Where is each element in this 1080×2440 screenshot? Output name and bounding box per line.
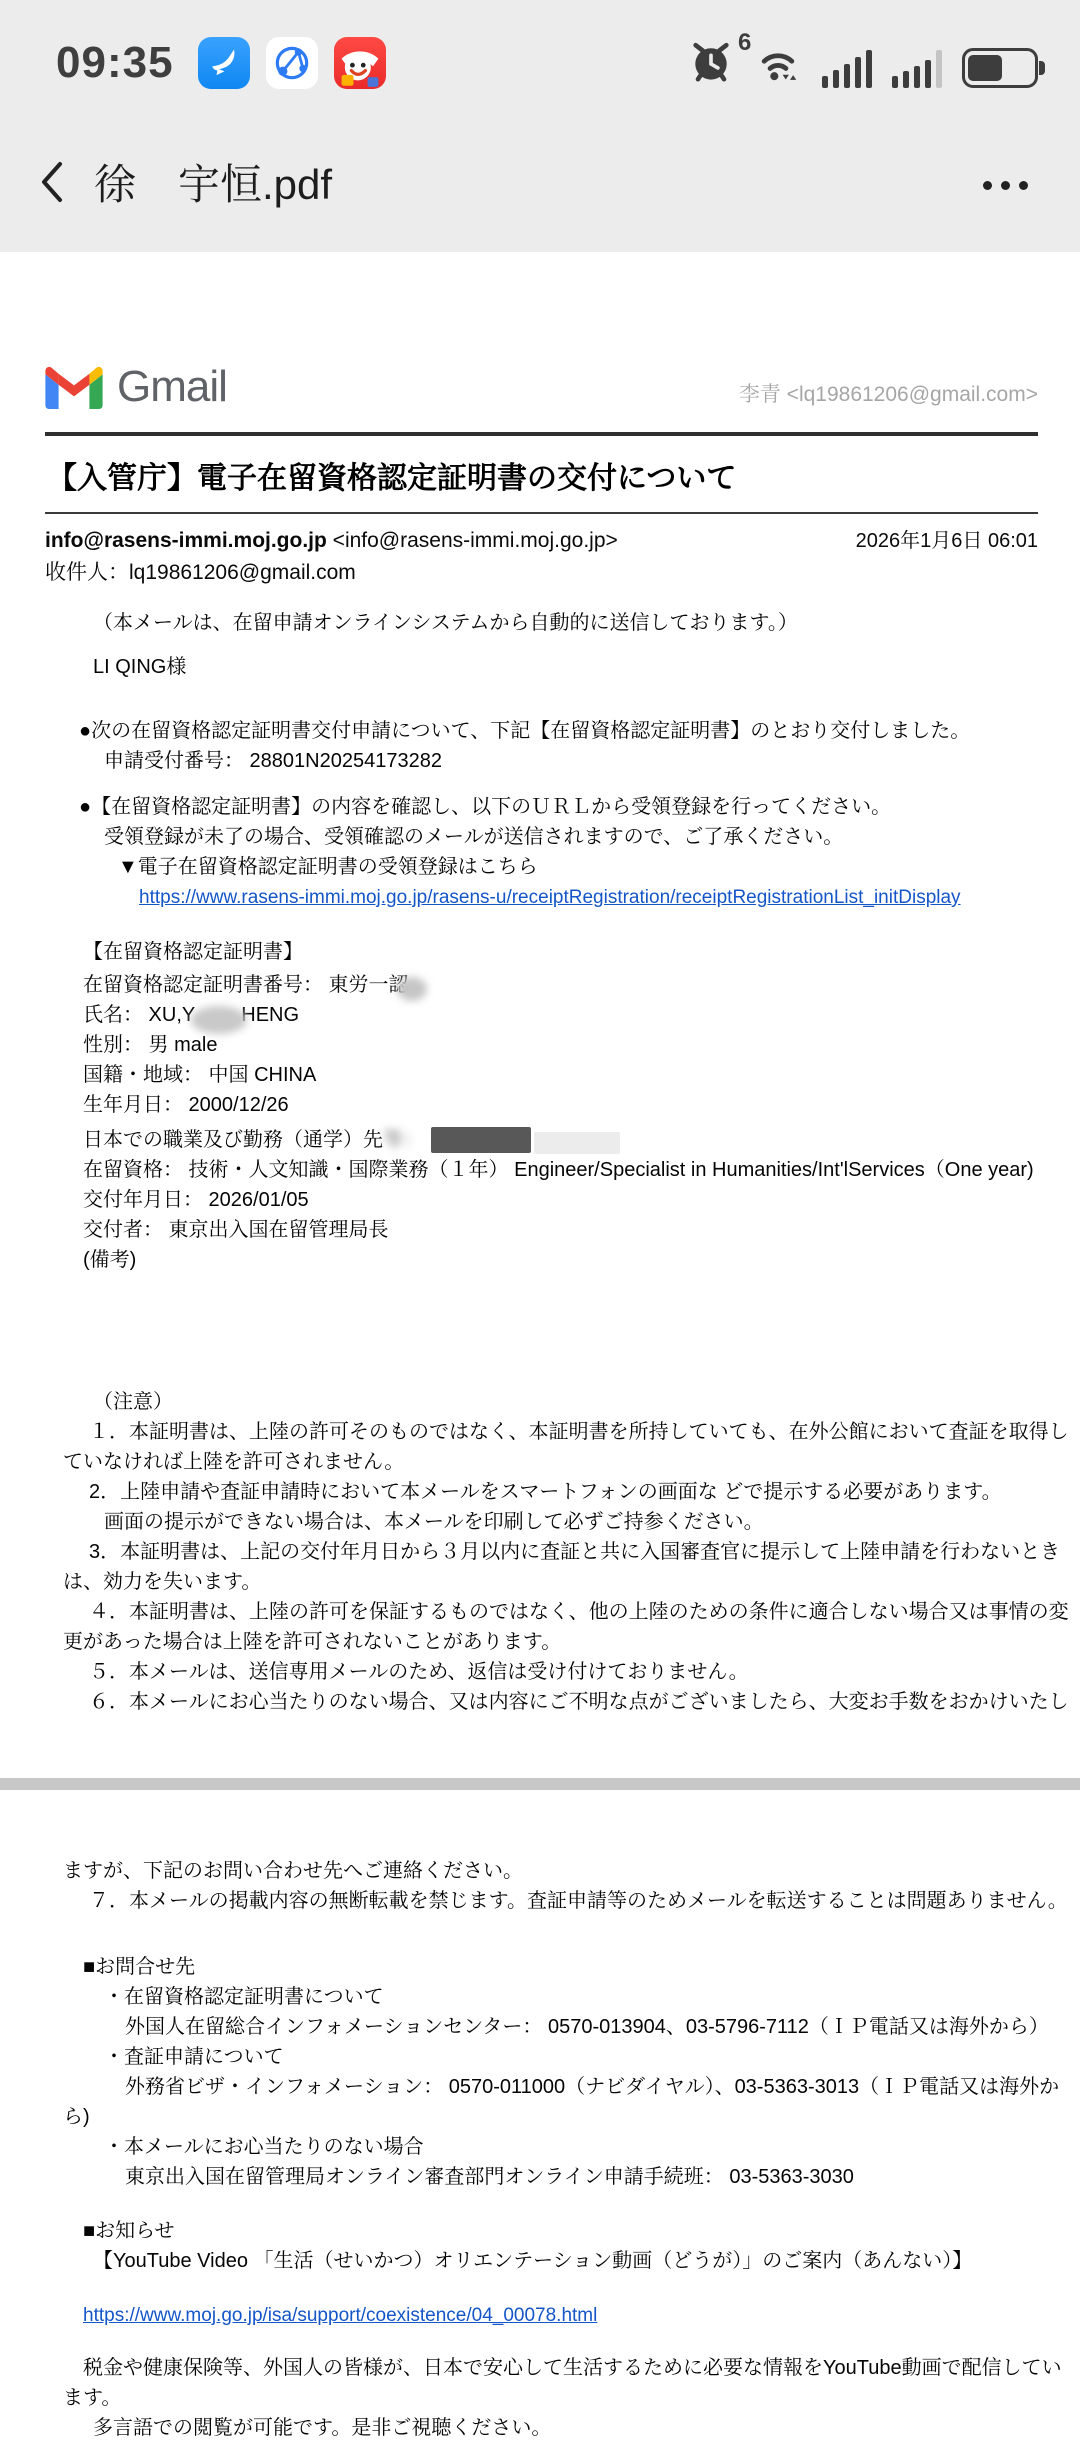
text-segment: ・査証申請について bbox=[104, 2046, 284, 2068]
email-body-line: 画面の提示ができない場合は、本メールを印刷して必ずご持参ください。 bbox=[45, 1507, 1038, 1537]
gmail-wordmark: Gmail bbox=[117, 362, 227, 412]
text-segment: 在留資格： 技術・人文知識・国際業務（１年） Engineer/Speciali… bbox=[83, 1159, 1034, 1181]
text-segment: 国籍・地域： 中国 CHINA bbox=[83, 1064, 316, 1086]
account-address: 李青 <lq19861206@gmail.com> bbox=[739, 378, 1038, 412]
email-body-line: は、効力を失います。 bbox=[45, 1567, 1038, 1597]
email-body-line: 東京出入国在留管理局オンライン審査部門オンライン申請手続班： 03-5363-3… bbox=[45, 2162, 1038, 2192]
gmail-header-row: Gmail 李青 <lq19861206@gmail.com> bbox=[45, 348, 1038, 412]
email-body-line: 交付者： 東京出入国在留管理局長 bbox=[45, 1215, 1038, 1245]
text-segment: 受領登録が未了の場合、受領確認のメールが送信されますので、ご了承ください。 bbox=[104, 826, 843, 848]
text-segment: ▼電子在留資格認定証明書の受領登録はこちら bbox=[118, 856, 538, 878]
clock-time: 09:35 bbox=[56, 38, 174, 88]
spacer bbox=[45, 776, 1038, 792]
email-body-line: ●次の在留資格認定証明書交付申請について、下記【在留資格認定証明書】のとおり交付… bbox=[45, 716, 1038, 746]
text-segment: ６．本メールにお心当たりのない場合、又は内容にご不明な点がございましたら、大変お… bbox=[89, 1691, 1069, 1713]
gmail-logo: Gmail bbox=[45, 362, 227, 412]
email-body-line: 3．本証明書は、上記の交付年月日から３月以内に査証と共に入国審査官に提示して上陸… bbox=[45, 1537, 1038, 1567]
browser-globe-icon bbox=[266, 37, 318, 89]
sender-address: info@rasens-immi.moj.go.jp <info@rasens-… bbox=[45, 528, 618, 554]
text-segment: 【在留資格認定証明書】 bbox=[83, 941, 303, 963]
email-body-line: 在留資格： 技術・人文知識・国際業務（１年） Engineer/Speciali… bbox=[45, 1155, 1038, 1185]
text-segment: (備考) bbox=[83, 1249, 136, 1271]
text-segment: ●次の在留資格認定証明書交付申請について、下記【在留資格認定証明書】のとおり交付… bbox=[79, 720, 970, 742]
text-segment: ７．本メールの掲載内容の無断転載を禁じます。査証申請等のためメールを転送すること… bbox=[89, 1890, 1068, 1912]
text-segment: HENG bbox=[241, 1004, 299, 1026]
email-body-line: 交付年月日： 2026/01/05 bbox=[45, 1185, 1038, 1215]
email-body-line: 申請受付番号： 28801N20254173282 bbox=[45, 746, 1038, 776]
recipient-row: 收件人：lq19861206@gmail.com bbox=[45, 560, 1038, 586]
email-body-line: ます。 bbox=[45, 2383, 1038, 2413]
email-body-line: 【在留資格認定証明書】 bbox=[45, 937, 1038, 967]
text-segment: 画面の提示ができない場合は、本メールを印刷して必ずご持参ください。 bbox=[104, 1511, 764, 1533]
spacer bbox=[45, 682, 1038, 716]
jd-dog-icon bbox=[334, 37, 386, 89]
text-segment: ・在留資格認定証明書について bbox=[104, 1986, 384, 2008]
text-segment: （注意） bbox=[93, 1391, 173, 1413]
email-body-line: 更があった場合は上陸を許可されないことがあります。 bbox=[45, 1627, 1038, 1657]
status-icons: 6 bbox=[688, 37, 1038, 90]
spacer bbox=[45, 2276, 1038, 2300]
text-segment: 3．本証明書は、上記の交付年月日から３月以内に査証と共に入国審査官に提示して上陸… bbox=[89, 1541, 1060, 1563]
receipt-registration-link[interactable]: https://www.rasens-immi.moj.go.jp/rasens… bbox=[139, 887, 961, 908]
redaction-sm2 bbox=[191, 1006, 247, 1034]
email-body-line: https://www.rasens-immi.moj.go.jp/rasens… bbox=[45, 882, 1038, 913]
text-segment: 申請受付番号： 28801N20254173282 bbox=[104, 750, 442, 772]
wifi6-icon: 6 bbox=[754, 37, 802, 90]
email-body-line: ら) bbox=[45, 2102, 1038, 2132]
email-body-page1: （本メールは、在留申請オンラインシステムから自動的に送信しております。）LI Q… bbox=[45, 608, 1038, 1717]
text-segment: ・本メールにお心当たりのない場合 bbox=[104, 2136, 424, 2158]
email-body-line: （本メールは、在留申請オンラインシステムから自動的に送信しております。） bbox=[45, 608, 1038, 638]
text-segment: １．本証明書は、上陸の許可そのものではなく、本証明書を所持していても、在外公館に… bbox=[89, 1421, 1069, 1443]
text-segment: ●【在留資格認定証明書】の内容を確認し、以下のＵＲＬから受領登録を行ってください… bbox=[79, 796, 891, 818]
battery-icon bbox=[962, 48, 1038, 88]
text-segment: 更があった場合は上陸を許可されないことがあります。 bbox=[63, 1631, 561, 1653]
divider-thin bbox=[45, 512, 1038, 514]
pdf-page-1: Gmail 李青 <lq19861206@gmail.com> 【入管庁】電子在… bbox=[0, 252, 1080, 1778]
email-body-line: ６．本メールにお心当たりのない場合、又は内容にご不明な点がございましたら、大変お… bbox=[45, 1687, 1038, 1717]
email-body-line: ４．本証明書は、上陸の許可を保証するものではなく、他の上陸のための条件に適合しな… bbox=[45, 1597, 1038, 1627]
text-segment: 【YouTube Video 「生活（せいかつ）オリエンテーション動画（どうが）… bbox=[93, 2250, 972, 2272]
page-separator bbox=[0, 1778, 1080, 1790]
text-segment: 東京出入国在留管理局オンライン審査部門オンライン申請手続班： 03-5363-3… bbox=[125, 2166, 854, 2188]
text-segment: 日本での職業及び勤務（通学）先 bbox=[83, 1129, 383, 1151]
text-segment: は、効力を失います。 bbox=[63, 1571, 261, 1593]
email-body-line: 氏名： XU,YHENG bbox=[45, 1000, 1038, 1030]
text-segment: 氏名： XU,Y bbox=[83, 1004, 195, 1026]
email-body-line: ５．本メールは、送信専用メールのため、返信は受け付けておりません。 bbox=[45, 1657, 1038, 1687]
email-body-line: ・本メールにお心当たりのない場合 bbox=[45, 2132, 1038, 2162]
text-segment: ■お知らせ bbox=[83, 2220, 174, 2242]
email-body-line: （注意） bbox=[45, 1387, 1038, 1417]
dingtalk-icon bbox=[198, 37, 250, 89]
email-body-line: https://www.moj.go.jp/isa/support/coexis… bbox=[45, 2300, 1038, 2331]
email-body-line: 受領登録が未了の場合、受領確認のメールが送信されますので、ご了承ください。 bbox=[45, 822, 1038, 852]
spacer bbox=[45, 1916, 1038, 1952]
text-segment: 交付年月日： 2026/01/05 bbox=[83, 1189, 309, 1211]
wifi-generation-label: 6 bbox=[738, 29, 751, 57]
email-body-line: 国籍・地域： 中国 CHINA bbox=[45, 1060, 1038, 1090]
chevron-left-icon bbox=[38, 160, 64, 204]
redaction-bt: 等： bbox=[383, 1129, 423, 1151]
email-body-line: ・査証申請について bbox=[45, 2042, 1038, 2072]
pdf-page-2: ますが、下記のお問い合わせ先へご連絡ください。７．本メールの掲載内容の無断転載を… bbox=[0, 1790, 1080, 2440]
email-body-line: ７．本メールの掲載内容の無断転載を禁じます。査証申請等のためメールを転送すること… bbox=[45, 1886, 1038, 1916]
email-body-line: 性別： 男 male bbox=[45, 1030, 1038, 1060]
email-body-line: ■お問合せ先 bbox=[45, 1952, 1038, 1982]
pdf-viewer-header: 徐 宇恒.pdf bbox=[0, 112, 1080, 252]
signal-strength-icon-sim2 bbox=[892, 50, 942, 90]
email-body-line: ■お知らせ bbox=[45, 2216, 1038, 2246]
text-segment: ます。 bbox=[63, 2387, 121, 2409]
email-body-line: LI QING様 bbox=[45, 652, 1038, 682]
text-segment: ていなければ上陸を許可されません。 bbox=[63, 1451, 404, 1473]
text-segment: ４．本証明書は、上陸の許可を保証するものではなく、他の上陸のための条件に適合しな… bbox=[89, 1601, 1069, 1623]
text-segment: （本メールは、在留申請オンラインシステムから自動的に送信しております。） bbox=[93, 612, 798, 634]
email-body-line: (備考) bbox=[45, 1245, 1038, 1275]
notification-app-icons bbox=[198, 37, 386, 89]
email-body-line: ますが、下記のお問い合わせ先へご連絡ください。 bbox=[45, 1856, 1038, 1886]
moj-support-link[interactable]: https://www.moj.go.jp/isa/support/coexis… bbox=[83, 2305, 597, 2326]
email-body-line: １．本証明書は、上陸の許可そのものではなく、本証明書を所持していても、在外公館に… bbox=[45, 1417, 1038, 1447]
text-segment: 交付者： 東京出入国在留管理局長 bbox=[83, 1219, 389, 1241]
email-body-line: 生年月日： 2000/12/26 bbox=[45, 1090, 1038, 1120]
text-segment: 多言語での閲覧が可能です。是非ご視聴ください。 bbox=[93, 2417, 551, 2439]
email-body-line: 多言語での閲覧が可能です。是非ご視聴ください。 bbox=[45, 2413, 1038, 2440]
email-body-line: ていなければ上陸を許可されません。 bbox=[45, 1447, 1038, 1477]
text-segment: 性別： 男 male bbox=[83, 1034, 217, 1056]
signal-strength-icon-sim1 bbox=[822, 50, 872, 90]
email-body-line: 税金や健康保険等、外国人の皆様が、日本で安心して生活するために必要な情報をYou… bbox=[45, 2353, 1038, 2383]
sender-row: info@rasens-immi.moj.go.jp <info@rasens-… bbox=[45, 528, 1038, 554]
text-segment: 生年月日： 2000/12/26 bbox=[83, 1094, 289, 1116]
text-segment: 外国人在留総合インフォメーションセンター： 0570-013904、03-579… bbox=[125, 2016, 1049, 2038]
email-body-line: 2．上陸申請や査証申請時において本メールをスマートフォンの画面な どで提示する必… bbox=[45, 1477, 1038, 1507]
text-segment: 在留資格認定証明書番号： 東労一認 bbox=[83, 974, 409, 996]
back-button[interactable] bbox=[38, 160, 64, 204]
document-title: 徐 宇恒.pdf bbox=[94, 152, 983, 212]
email-subject: 【入管庁】電子在留資格認定証明書の交付について bbox=[45, 436, 1038, 512]
text-segment: 2．上陸申請や査証申請時において本メールをスマートフォンの画面な どで提示する必… bbox=[89, 1481, 1002, 1503]
spacer bbox=[45, 2192, 1038, 2216]
alarm-icon bbox=[688, 39, 734, 90]
email-body-line: 【YouTube Video 「生活（せいかつ）オリエンテーション動画（どうが）… bbox=[45, 2246, 1038, 2276]
text-segment: ■お問合せ先 bbox=[83, 1956, 195, 1978]
redaction-bd bbox=[431, 1127, 531, 1153]
gmail-m-icon bbox=[45, 365, 103, 409]
more-options-button[interactable] bbox=[983, 175, 1028, 190]
spacer bbox=[45, 638, 1038, 652]
status-bar: 09:35 bbox=[0, 0, 1080, 112]
text-segment: 外務省ビザ・インフォメーション： 0570-011000（ナビダイヤル）、03-… bbox=[125, 2076, 1059, 2098]
email-body-line: 日本での職業及び勤務（通学）先等： bbox=[45, 1120, 1038, 1155]
redaction-bl bbox=[534, 1132, 620, 1154]
text-segment: ５．本メールは、送信専用メールのため、返信は受け付けておりません。 bbox=[89, 1661, 749, 1683]
spacer bbox=[45, 913, 1038, 937]
text-segment: LI QING様 bbox=[93, 656, 186, 678]
spacer bbox=[45, 1275, 1038, 1387]
email-body-line: ●【在留資格認定証明書】の内容を確認し、以下のＵＲＬから受領登録を行ってください… bbox=[45, 792, 1038, 822]
text-segment: ら) bbox=[63, 2106, 90, 2128]
email-body-line: 外務省ビザ・インフォメーション： 0570-011000（ナビダイヤル）、03-… bbox=[45, 2072, 1038, 2102]
spacer bbox=[45, 2331, 1038, 2353]
text-segment: ますが、下記のお問い合わせ先へご連絡ください。 bbox=[63, 1860, 523, 1882]
email-body-line: 外国人在留総合インフォメーションセンター： 0570-013904、03-579… bbox=[45, 2012, 1038, 2042]
email-body-line: ▼電子在留資格認定証明書の受領登録はこちら bbox=[45, 852, 1038, 882]
text-segment: 税金や健康保険等、外国人の皆様が、日本で安心して生活するために必要な情報をYou… bbox=[83, 2357, 1062, 2379]
email-date: 2026年1月6日 06:01 bbox=[856, 528, 1038, 554]
email-body-line: ・在留資格認定証明書について bbox=[45, 1982, 1038, 2012]
redaction-sm1 bbox=[397, 977, 427, 1001]
email-body-line: 在留資格認定証明書番号： 東労一認 bbox=[45, 967, 1038, 1000]
